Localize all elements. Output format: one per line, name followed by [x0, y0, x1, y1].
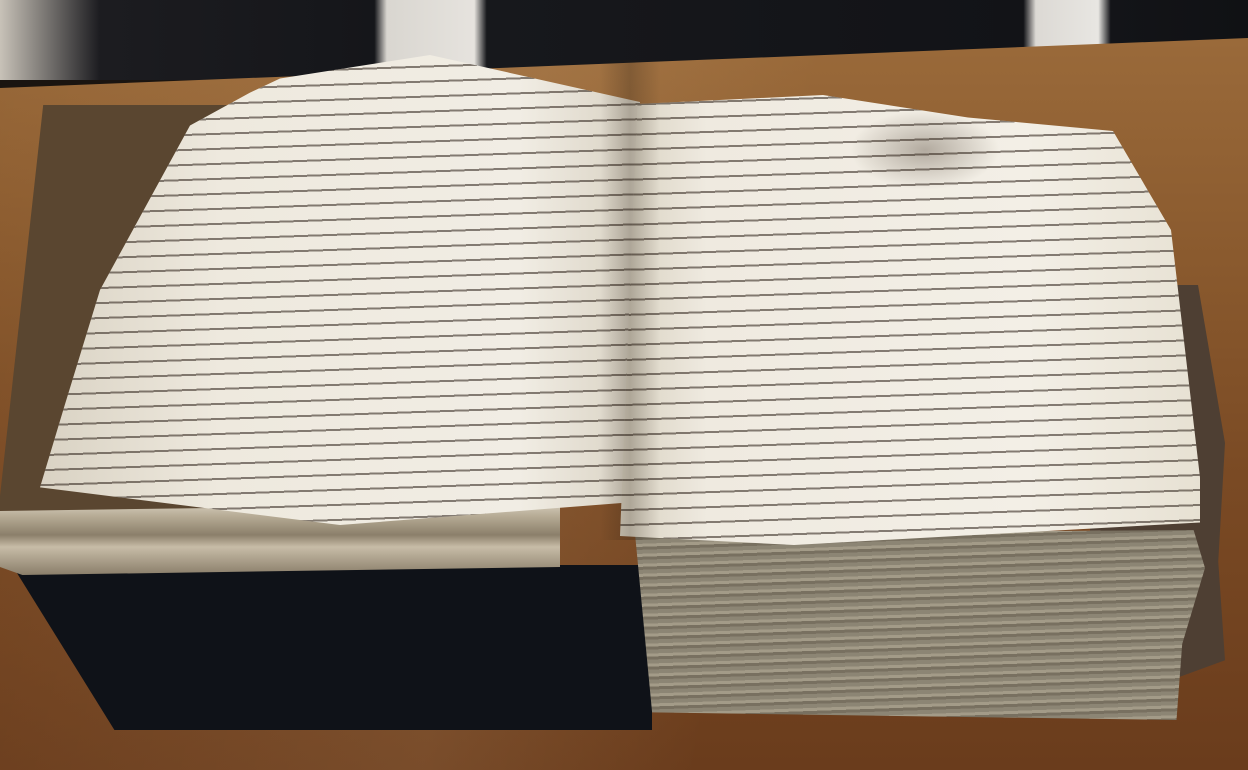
page-block-right: [635, 530, 1205, 720]
black-book-stand: [12, 565, 652, 730]
manuscript-photo: [0, 0, 1248, 770]
page-stain: [850, 110, 1000, 190]
book-spine-gutter: [600, 60, 660, 540]
